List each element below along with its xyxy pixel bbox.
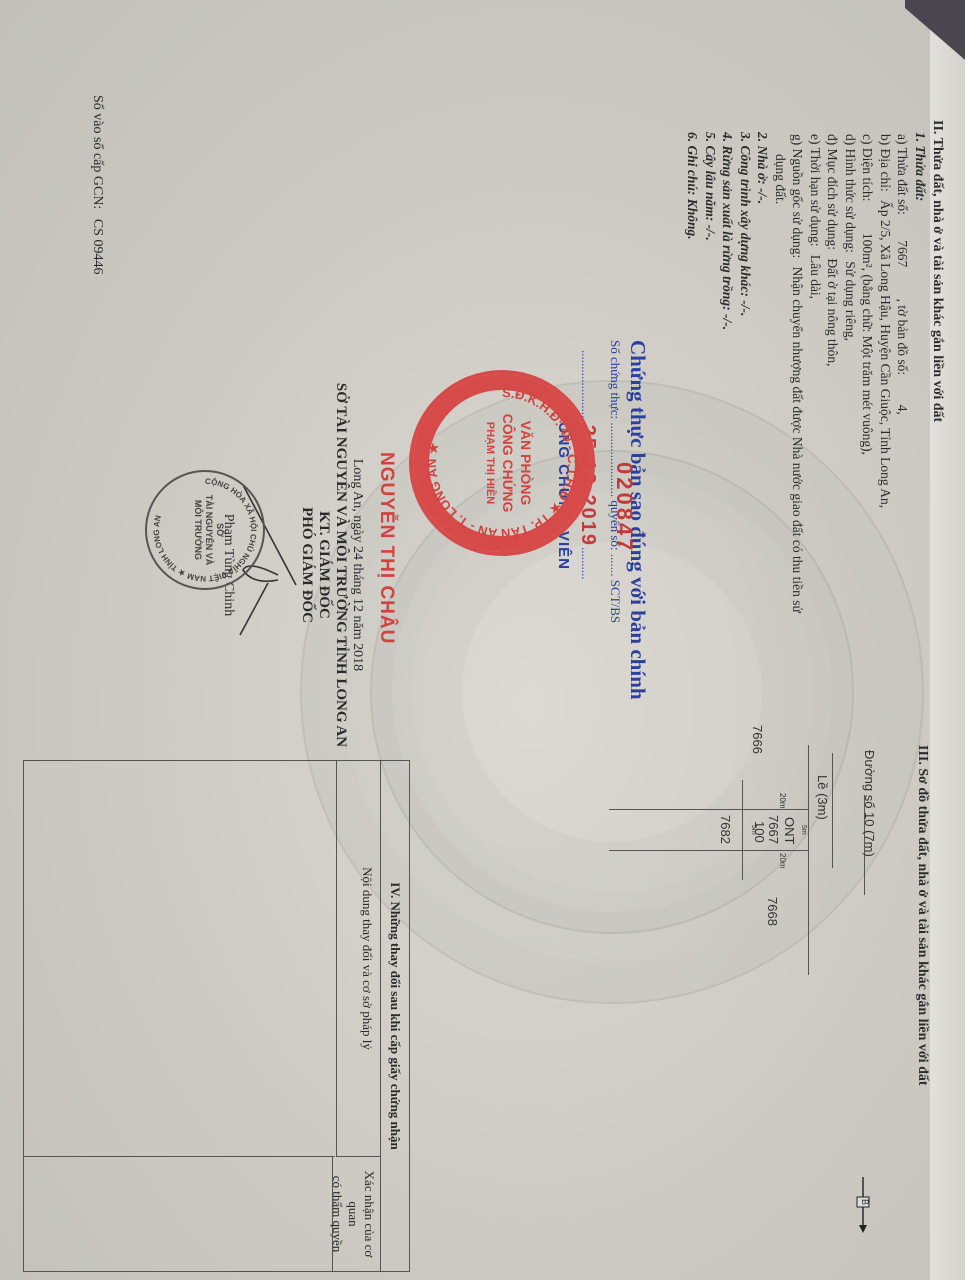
approval-header-line-1: Xác nhận của cơ quan [345, 1157, 377, 1271]
other-construction-item: 3. Công trình xây dựng khác: -/-. [737, 132, 755, 613]
usage-purpose-label: đ) Mục đích sử dụng: [826, 134, 841, 250]
certificate-page-rotated: II. Thửa đất, nhà ở và tài sản khác gắn … [0, 0, 965, 1280]
usage-origin-value: Nhận chuyển nhượng đất được Nhà nước gia… [791, 267, 806, 613]
usage-form-value: Sử dụng riêng, [843, 261, 858, 341]
parcel-right-edge [609, 850, 809, 851]
parcel-left-edge [609, 809, 809, 810]
neighbor-parcel-right: 7668 [765, 897, 780, 926]
registry-row: Số vào sổ cấp GCN: CS 09446 [89, 95, 105, 274]
approval-empty-cell [24, 1157, 335, 1271]
north-label: B [860, 1199, 870, 1205]
perennial-tree-item: 5. Cây lâu năm: -/-. [702, 132, 720, 613]
notary-office-stamp: S.Đ.K.H.Đ: 49 - C.T.H.Đ ★ TP. TÂN AN - T… [409, 370, 595, 556]
stamp-line-3: PHẠM THỊ HIỀN [481, 374, 499, 552]
changes-column-header: Nội dung thay đổi và cơ sở pháp lý [336, 761, 381, 1157]
parcel-number-row: a) Thửa đất số: 7667 , tờ bản đồ số: 4, [894, 134, 912, 613]
map-sheet-value: 4, [896, 405, 911, 415]
registry-value: CS 09446 [90, 219, 105, 275]
area-row: c) Diện tích: 100m², (bằng chữ: Một trăm… [859, 134, 877, 613]
registry-label: Số vào sổ cấp GCN: [90, 95, 105, 209]
parcel-area: 100 [752, 821, 767, 843]
approval-column-header: Xác nhận của cơ quan có thẩm quyền [332, 1157, 381, 1271]
stamp-center-text: VĂN PHÒNG CÔNG CHỨNG PHẠM THỊ HIỀN [481, 374, 535, 552]
house-item: 2. Nhà ở: -/-. [754, 132, 772, 613]
stamp-line-1: VĂN PHÒNG [517, 374, 535, 552]
certification-number-row: Số chứng thực: ....................... q… [607, 340, 623, 700]
address-row: b) Địa chỉ: Ấp 2/5, Xã Long Hậu, Huyện C… [877, 134, 895, 613]
certification-number-value: 020847 [611, 462, 637, 553]
certification-number-label: Số chứng thực: [608, 340, 623, 419]
north-arrow: B [850, 1175, 873, 1235]
area-label: c) Diện tích: [861, 134, 876, 201]
neighbor-parcel-back: 7682 [718, 815, 733, 844]
usage-purpose-value: Đất ở tại nông thôn, [826, 258, 841, 366]
dim-left: 20m [778, 793, 787, 809]
sidewalk-label: Lề (3m) [815, 775, 830, 820]
section-iv-title: IV. Những thay đổi sau khi cấp giấy chứn… [380, 761, 409, 1271]
usage-term-row: e) Thời hạn sử dụng: Lâu dài, [807, 134, 825, 613]
stamp-line-2: CÔNG CHỨNG [499, 374, 517, 552]
usage-purpose-row: đ) Mục đích sử dụng: Đất ở tại nông thôn… [824, 134, 842, 613]
notary-name: NGUYỄN THỊ CHÂU [375, 452, 397, 644]
sidewalk-line [808, 745, 809, 975]
parcel-number-label: a) Thửa đất số: [896, 134, 911, 215]
parcel-subtitle: 1. Thửa đất: [912, 132, 930, 613]
usage-origin-continued: dụng đất. [772, 154, 790, 613]
usage-origin-row: g) Nguồn gốc sử dụng: Nhận chuyển nhượng… [789, 134, 807, 613]
address-label: b) Địa chỉ: [878, 134, 893, 192]
parcel-number: 7667 [766, 815, 781, 844]
seal-center-text: SỞ TÀI NGUYÊN VÀ MÔI TRƯỜNG [192, 472, 225, 588]
issuing-authority: SỞ TÀI NGUYÊN VÀ MÔI TRƯỜNG TỈNH LONG AN [332, 350, 349, 780]
section-ii-title: II. Thửa đất, nhà ở và tài sản khác gắn … [929, 120, 945, 613]
dim-front: 5m [800, 825, 807, 835]
production-forest-item: 4. Rừng sản xuất là rừng trồng: -/-. [719, 132, 737, 613]
usage-term-value: Lâu dài, [808, 255, 823, 299]
neighbor-parcel-left: 7666 [750, 725, 765, 754]
parcel-back-edge [742, 780, 743, 880]
seal-line-1: SỞ [214, 472, 225, 588]
road-bottom-line [832, 753, 833, 868]
section-iii-title: III. Sơ đồ thửa đất, nhà ở và tài sản kh… [914, 745, 930, 1086]
changes-empty-cell [24, 761, 335, 1157]
issue-place-date: Long An, ngày 24 tháng 12 năm 2018 [349, 350, 365, 780]
parcel-land-type: ONT [782, 817, 797, 844]
director-title: KT. GIÁM ĐỐC [315, 350, 332, 780]
parcel-number-value: 7667 [896, 240, 911, 267]
notes-item: 6. Ghi chú: Không. [684, 132, 702, 613]
certification-book-value: SCT/BS [608, 580, 623, 623]
address-value: Ấp 2/5, Xã Long Hậu, Huyện Cần Giuộc, Tỉ… [878, 200, 893, 508]
usage-origin-label: g) Nguồn gốc sử dụng: [791, 134, 806, 258]
changes-table: IV. Những thay đổi sau khi cấp giấy chứn… [23, 760, 410, 1272]
seal-line-2: TÀI NGUYÊN VÀ [203, 472, 214, 588]
usage-term-label: e) Thời hạn sử dụng: [808, 134, 823, 246]
section-ii: II. Thửa đất, nhà ở và tài sản khác gắn … [684, 120, 945, 613]
usage-form-row: d) Hình thức sử dụng: Sử dụng riêng, [842, 134, 860, 613]
dim-right: 20m [778, 853, 787, 869]
seal-line-3: MÔI TRƯỜNG [192, 472, 203, 588]
deputy-director-title: PHÓ GIÁM ĐỐC [298, 350, 315, 780]
map-sheet-label: , tờ bản đồ số: [896, 299, 911, 376]
department-seal: CỘNG HÒA XÃ HỘI CHỦ NGHĨA VIỆT NAM ★ TỈN… [145, 470, 265, 590]
area-value: 100m², (bằng chữ: Một trăm mét vuông), [861, 233, 876, 455]
usage-form-label: d) Hình thức sử dụng: [843, 134, 858, 253]
road-label: Đường số 10 (7m) [862, 750, 877, 857]
